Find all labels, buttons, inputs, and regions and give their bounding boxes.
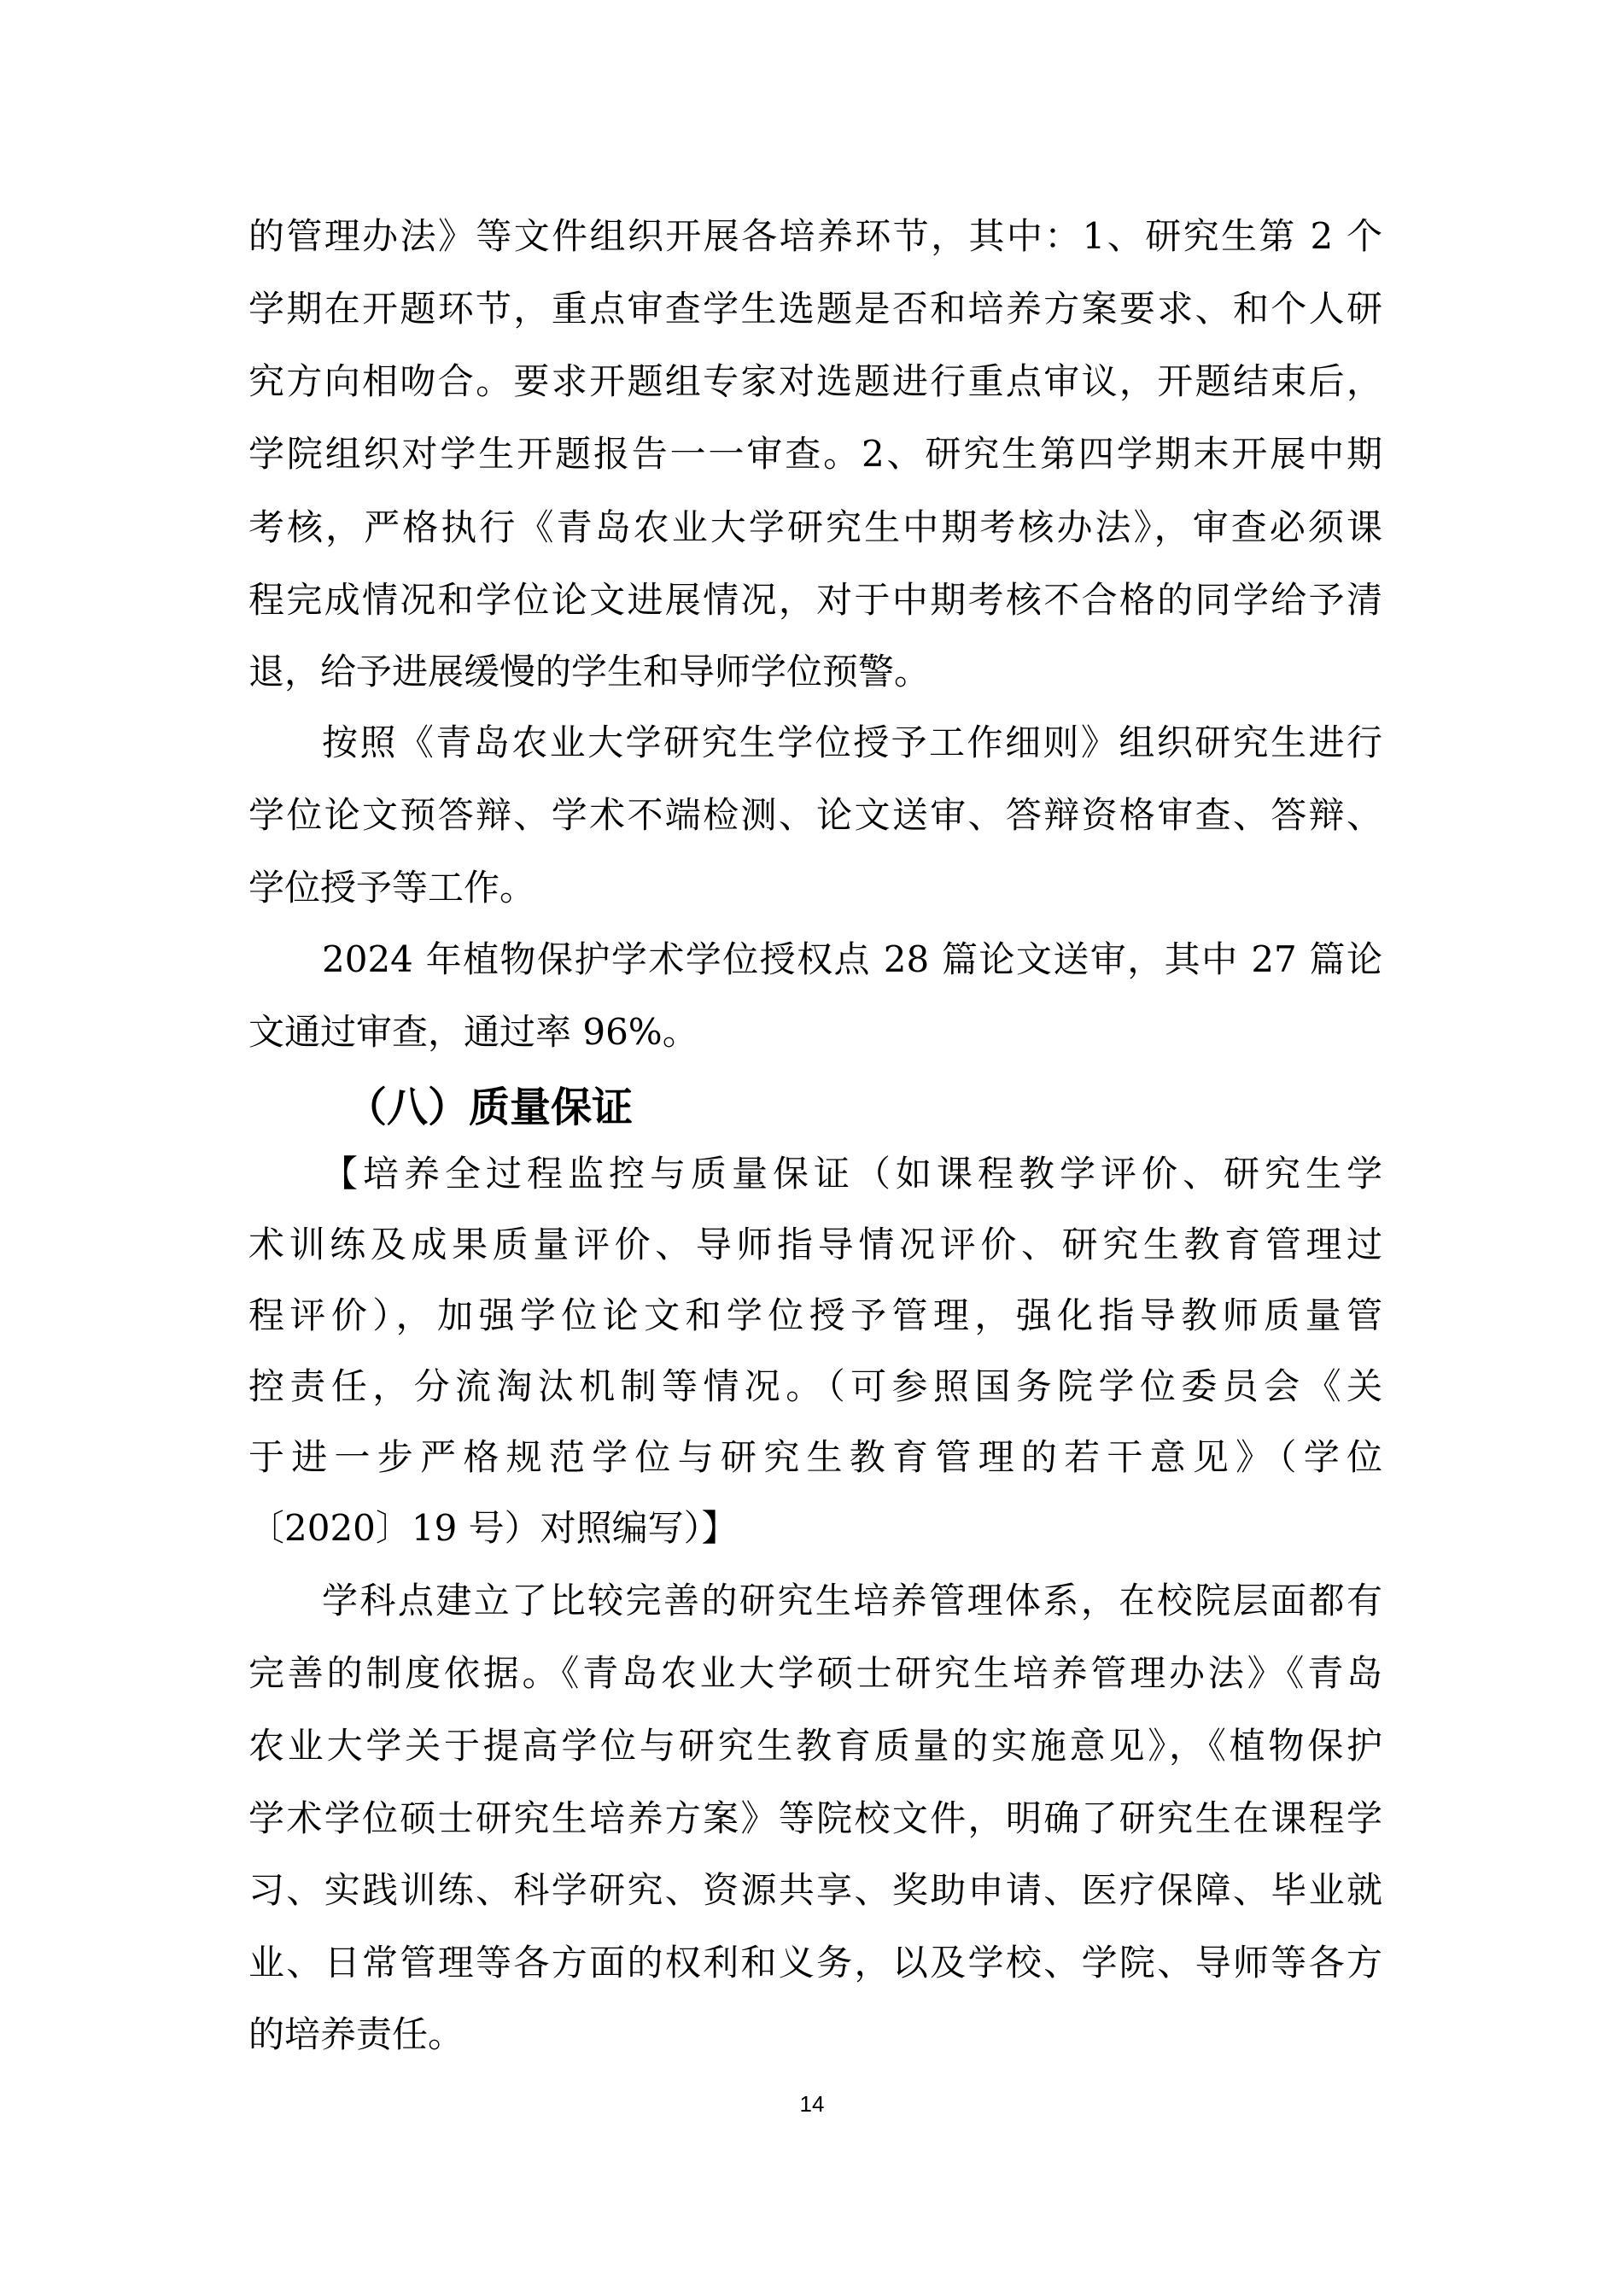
text-line: 程完成情况和学位论文进展情况，对于中期考核不合格的同学给予清	[248, 575, 1382, 626]
text-line: 术训练及成果质量评价、导师指导情况评价、研究生教育管理过	[248, 1219, 1382, 1271]
text-line: 程评价），加强学位论文和学位授予管理，强化指导教师质量管	[248, 1290, 1382, 1341]
text-line: 控责任，分流淘汰机制等情况。（可参照国务院学位委员会《关	[248, 1361, 1382, 1412]
text-line: 2024 年植物保护学术学位授权点 28 篇论文送审，其中 27 篇论	[322, 934, 1382, 985]
text-line: 退，给予进展缓慢的学生和导师学位预警。	[248, 646, 1382, 698]
text-line: 的培养责任。	[248, 2009, 1382, 2060]
text-line: 文通过审查，通过率 96%。	[248, 1007, 1382, 1058]
text-line: 学期在开题环节，重点审查学生选题是否和培养方案要求、和个人研	[248, 283, 1382, 335]
text-line: 于进一步严格规范学位与研究生教育管理的若干意见》（学位	[248, 1432, 1382, 1483]
text-line: 学位授予等工作。	[248, 862, 1382, 914]
text-line: 学科点建立了比较完善的研究生培养管理体系，在校院层面都有	[322, 1575, 1382, 1627]
text-line: 业、日常管理等各方面的权利和义务，以及学校、学院、导师等各方	[248, 1937, 1382, 1989]
text-line: 习、实践训练、科学研究、资源共享、奖助申请、医疗保障、毕业就	[248, 1865, 1382, 1916]
text-line: 按照《青岛农业大学研究生学位授予工作细则》组织研究生进行	[322, 717, 1382, 768]
text-line: 完善的制度依据。《青岛农业大学硕士研究生培养管理办法》《青岛	[248, 1648, 1382, 1699]
text-line: 学术学位硕士研究生培养方案》等院校文件，明确了研究生在课程学	[248, 1793, 1382, 1844]
text-line: 的管理办法》等文件组织开展各培养环节，其中：1、研究生第 2 个	[248, 211, 1382, 262]
page-number: 14	[0, 2091, 1624, 2117]
text-line: 学院组织对学生开题报告一一审查。2、研究生第四学期末开展中期	[248, 429, 1382, 480]
text-line: 究方向相吻合。要求开题组专家对选题进行重点审议，开题结束后，	[248, 356, 1382, 407]
text-line: 农业大学关于提高学位与研究生教育质量的实施意见》，《植物保护	[248, 1721, 1382, 1772]
document-page: 的管理办法》等文件组织开展各培养环节，其中：1、研究生第 2 个 学期在开题环节…	[0, 0, 1624, 2296]
text-line: 【培养全过程监控与质量保证（如课程教学评价、研究生学	[322, 1148, 1382, 1200]
section-heading: （八）质量保证	[346, 1080, 633, 1135]
text-line: 考核，严格执行《青岛农业大学研究生中期考核办法》，审查必须课	[248, 502, 1382, 553]
text-line: 学位论文预答辩、学术不端检测、论文送审、答辩资格审查、答辩、	[248, 790, 1382, 841]
text-line: 〔2020〕19 号）对照编写）】	[248, 1503, 1382, 1554]
